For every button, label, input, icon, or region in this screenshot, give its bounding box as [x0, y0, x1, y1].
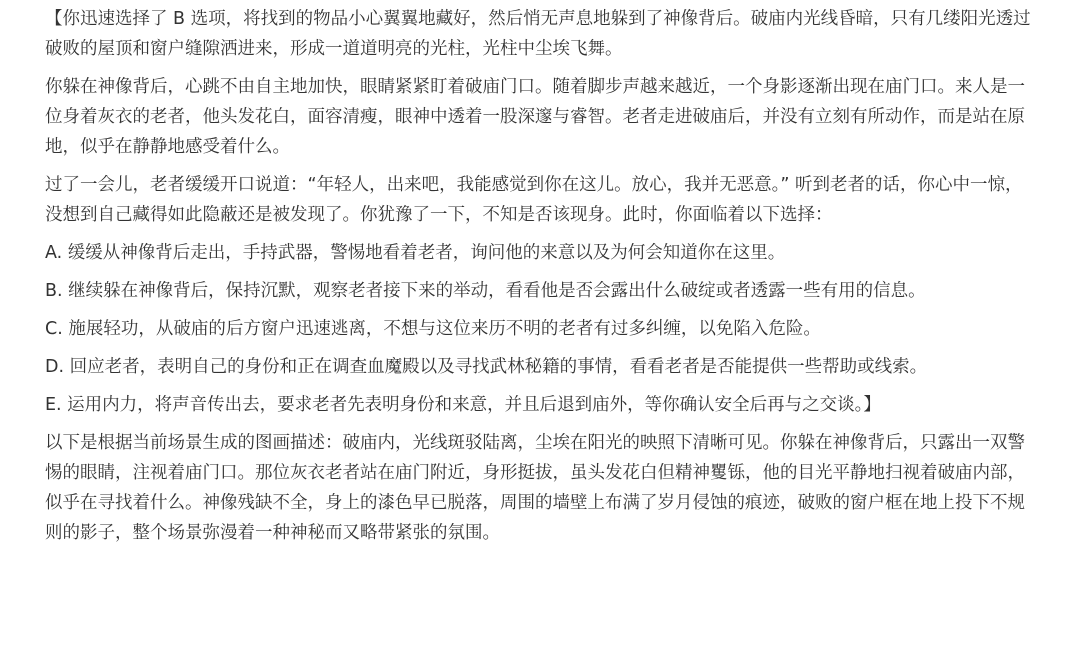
- scene-image-description: 以下是根据当前场景生成的图画描述：破庙内，光线斑驳陆离，尘埃在阳光的映照下清晰可…: [45, 428, 1035, 548]
- choice-option-a: A. 缓缓从神像背后走出，手持武器，警惕地看着老者，询问他的来意以及为何会知道你…: [45, 238, 1035, 268]
- choice-option-e: E. 运用内力，将声音传出去，要求老者先表明身份和来意，并且后退到庙外，等你确认…: [45, 390, 1035, 420]
- choice-option-d: D. 回应老者，表明自己的身份和正在调查血魔殿以及寻找武林秘籍的事情，看看老者是…: [45, 352, 1035, 382]
- choice-option-b: B. 继续躲在神像背后，保持沉默，观察老者接下来的举动，看看他是否会露出什么破绽…: [45, 276, 1035, 306]
- choice-option-c: C. 施展轻功，从破庙的后方窗户迅速逃离，不想与这位来历不明的老者有过多纠缠，以…: [45, 314, 1035, 344]
- story-elder-speech-paragraph: 过了一会儿，老者缓缓开口说道：“年轻人，出来吧，我能感觉到你在这儿。放心，我并无…: [45, 170, 1035, 230]
- story-elder-arrival-paragraph: 你躲在神像背后，心跳不由自主地加快，眼睛紧紧盯着破庙门口。随着脚步声越来越近，一…: [45, 72, 1035, 162]
- story-intro-paragraph: 【你迅速选择了 B 选项，将找到的物品小心翼翼地藏好，然后悄无声息地躲到了神像背…: [45, 4, 1035, 64]
- story-document: 【你迅速选择了 B 选项，将找到的物品小心翼翼地藏好，然后悄无声息地躲到了神像背…: [45, 4, 1035, 556]
